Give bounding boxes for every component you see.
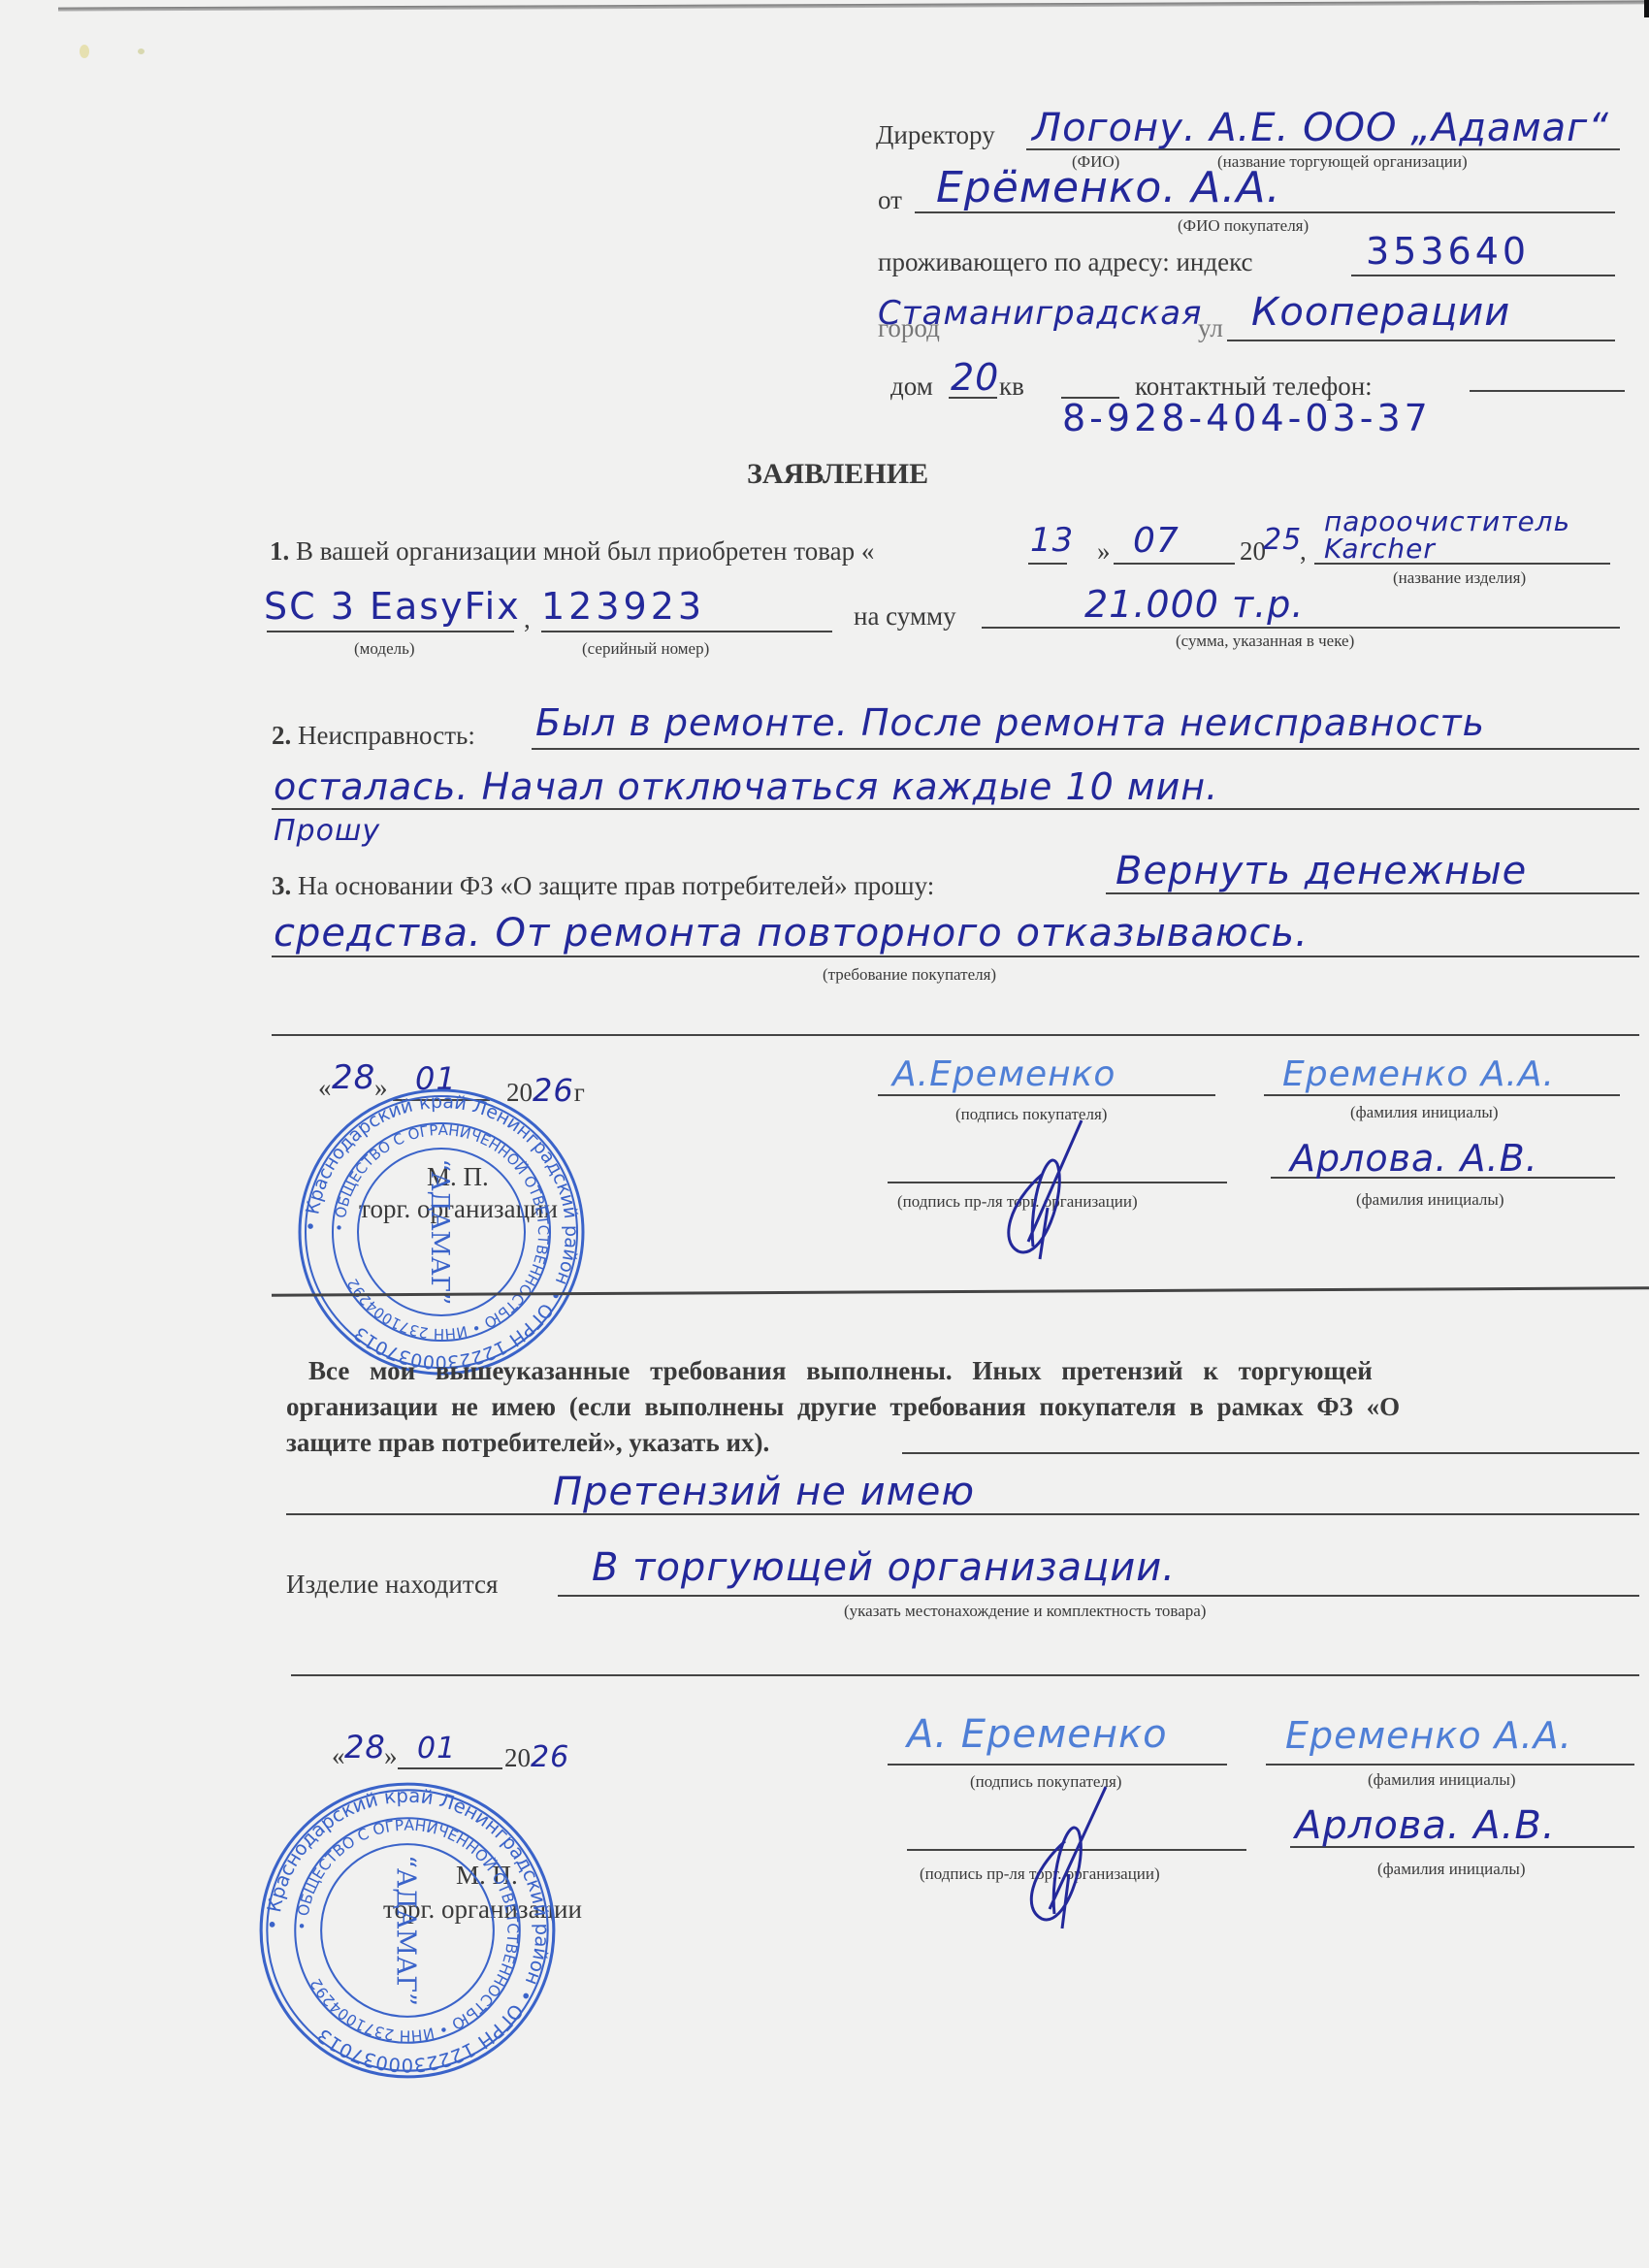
buyer-signature-line	[878, 1094, 1215, 1096]
signoff2-day-value: 28	[344, 1732, 386, 1763]
serial-field-line	[541, 631, 832, 632]
purchase-month-value: 07	[1133, 524, 1180, 559]
stamp-center-text: “АДАМАГ”	[391, 1855, 421, 2006]
product-caption: (название изделия)	[1393, 569, 1526, 586]
section3-number: 3.	[272, 871, 291, 900]
paper-speck	[80, 45, 89, 58]
buyer-name-caption-2: (фамилия инициалы)	[1368, 1771, 1515, 1788]
claims-value: Претензий не имею	[553, 1473, 975, 1511]
location-line	[558, 1595, 1639, 1597]
index-field-line	[1351, 275, 1615, 276]
buyer-signature: А.Еременко	[892, 1057, 1115, 1092]
demand-line-3	[272, 1034, 1639, 1036]
phone-label: контактный телефон:	[1135, 373, 1373, 400]
rep-signature-line	[888, 1182, 1227, 1183]
defect-text-1: Был в ремонте. После ремонта неисправнос…	[535, 704, 1485, 741]
demand-text-2: средства. От ремонта повторного отказыва…	[274, 914, 1309, 953]
purchase-month-line	[1114, 563, 1235, 565]
sum-value: 21.000 т.р.	[1084, 586, 1304, 623]
company-stamp: • Краснодарский край Ленинградский район…	[296, 1086, 587, 1377]
signoff2-year-value: 26	[531, 1740, 569, 1774]
street-field-line	[1227, 340, 1615, 341]
location-line-2	[291, 1674, 1639, 1676]
buyer-signature-2: А. Еременко	[907, 1715, 1168, 1754]
resolution-paragraph-1: Все мои вышеуказанные требования выполне…	[308, 1358, 1373, 1384]
demand-caption: (требование покупателя)	[823, 966, 996, 983]
purchase-day-line	[1028, 563, 1067, 565]
resolution-paragraph-2: организации не имею (если выполнены друг…	[286, 1394, 1400, 1420]
paper-speck	[138, 49, 145, 54]
rep-signature-scribble	[989, 1116, 1106, 1261]
purchase-day-value: 13	[1030, 524, 1074, 557]
rep-name-value: Арлова. А.В.	[1290, 1140, 1538, 1177]
signoff2-month-line	[398, 1767, 502, 1769]
defect-line-1	[532, 748, 1639, 750]
from-label: от	[878, 187, 902, 213]
company-stamp-2: • Краснодарский край Ленинградский район…	[257, 1780, 558, 2081]
rep-name-caption-2: (фамилия инициалы)	[1377, 1861, 1525, 1877]
document-title: ЗАЯВЛЕНИЕ	[747, 460, 928, 489]
comma: ,	[524, 606, 531, 632]
to-label: Директору	[876, 122, 995, 148]
stamp-center-text: “АДАМАГ”	[425, 1159, 454, 1306]
from-value: Ерёменко. А.А.	[936, 167, 1280, 210]
date-quote: »	[384, 1743, 398, 1769]
rep-name-value-2: Арлова. А.В.	[1295, 1806, 1556, 1845]
apt-label: кв	[999, 373, 1024, 400]
product-value: пароочиститель Karcher	[1324, 508, 1596, 563]
buyer-signature-caption-2: (подпись покупателя)	[970, 1773, 1121, 1790]
section1-number: 1.	[270, 536, 289, 566]
model-field-line	[267, 631, 514, 632]
sum-label: на сумму	[854, 603, 956, 630]
defect-text-2: осталась. Начал отключаться каждые 10 ми…	[274, 768, 1218, 805]
phone-field-line	[1470, 390, 1625, 392]
section3-label: На основании ФЗ «О защите прав потребите…	[298, 871, 934, 900]
rep-signature-caption: (подпись пр-ля торг. организации)	[897, 1193, 1138, 1210]
house-label: дом	[890, 373, 933, 400]
rep-signature-caption-2: (подпись пр-ля торг. организации)	[920, 1865, 1160, 1882]
to-value: Логону. А.Е. ООО „Адамаг“	[1032, 109, 1609, 147]
buyer-signature-caption: (подпись покупателя)	[955, 1106, 1107, 1122]
buyer-name-value-2: Еременко А.А.	[1285, 1717, 1572, 1754]
rep-signature-line-2	[907, 1849, 1246, 1851]
demand-text-1: Вернуть денежные	[1115, 852, 1527, 891]
rep-signature-scribble-2	[1009, 1785, 1125, 1930]
quote-close: »	[1097, 538, 1111, 565]
buyer-signature-line-2	[888, 1764, 1227, 1766]
rep-name-caption: (фамилия инициалы)	[1356, 1191, 1503, 1208]
buyer-name-line-2	[1266, 1764, 1634, 1766]
model-caption: (модель)	[354, 640, 415, 657]
sum-caption: (сумма, указанная в чеке)	[1176, 632, 1354, 649]
signoff2-month-value: 01	[417, 1734, 456, 1764]
section2-label: Неисправность:	[298, 721, 475, 750]
buyer-caption: (ФИО покупателя)	[1178, 217, 1309, 234]
date-quote: «	[332, 1743, 345, 1769]
buyer-name-line	[1264, 1094, 1620, 1096]
section2-number: 2.	[272, 721, 291, 750]
address-label: проживающего по адресу: индекс	[878, 249, 1253, 275]
signoff2-year-prefix: 20	[504, 1743, 531, 1772]
city-value: Стаманиградская	[878, 297, 1203, 330]
demand-line-2	[272, 956, 1639, 957]
sum-field-line	[982, 627, 1620, 629]
index-value: 353640	[1366, 233, 1530, 270]
model-value: SC 3 EasyFix	[264, 588, 521, 625]
location-value: В торгующей организации.	[592, 1548, 1176, 1587]
section1-text: В вашей организации мной был приобретен …	[296, 536, 874, 566]
serial-value: 123923	[541, 588, 705, 625]
purchase-year-prefix: 20	[1240, 538, 1266, 565]
page-edge	[58, 0, 1649, 11]
location-caption: (указать местонахождение и комплектность…	[844, 1603, 1206, 1619]
page-edge-corner	[1644, 0, 1649, 17]
phone-value: 8-928-404-03-37	[1062, 400, 1432, 437]
street-value: Кооперации	[1251, 293, 1510, 332]
buyer-name-caption: (фамилия инициалы)	[1350, 1104, 1498, 1120]
claims-line-1	[902, 1452, 1639, 1454]
street-label: ул	[1198, 315, 1223, 341]
comma: ,	[1300, 538, 1307, 565]
defect-text-3: Прошу	[274, 817, 380, 846]
serial-caption: (серийный номер)	[582, 640, 709, 657]
house-value: 20	[951, 359, 999, 396]
defect-line-2	[272, 808, 1639, 810]
purchase-year-value: 25	[1263, 526, 1302, 555]
location-label: Изделие находится	[286, 1571, 498, 1598]
buyer-name-value: Еременко А.А.	[1282, 1057, 1555, 1092]
resolution-paragraph-3: защите прав потребителей», указать их).	[286, 1430, 769, 1456]
